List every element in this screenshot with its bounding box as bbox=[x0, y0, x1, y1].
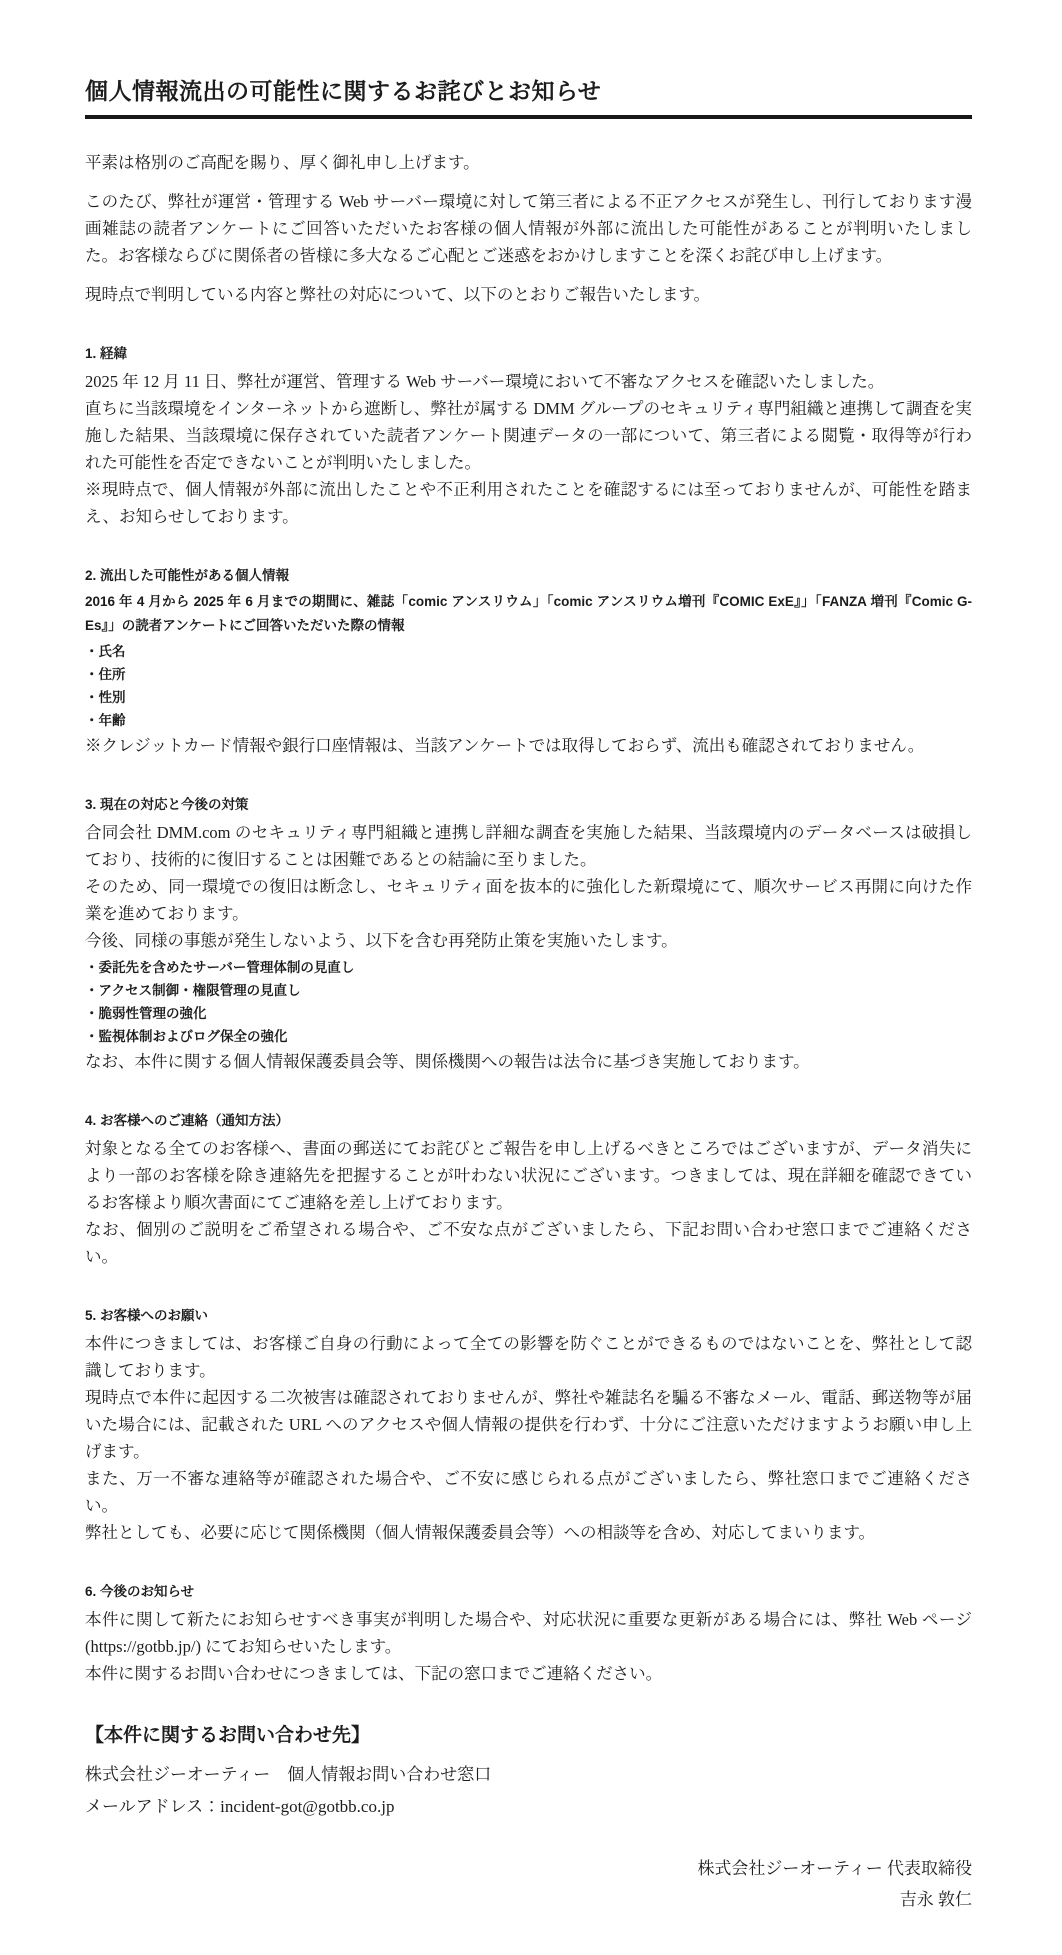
list-item: ・性別 bbox=[85, 686, 972, 709]
section-customer-request: 5. お客様へのお願い 本件につきましては、お客様ご自身の行動によって全ての影響… bbox=[85, 1305, 972, 1546]
contact-heading: 【本件に関するお問い合わせ先】 bbox=[85, 1723, 972, 1749]
list-item: ・年齢 bbox=[85, 709, 972, 732]
contact-block: 【本件に関するお問い合わせ先】 株式会社ジーオーティー 個人情報お問い合わせ窓口… bbox=[85, 1723, 972, 1823]
section-customer-notice: 4. お客様へのご連絡（通知方法） 対象となる全てのお客様へ、書面の郵送にてお詫… bbox=[85, 1110, 972, 1270]
list-item: ・住所 bbox=[85, 663, 972, 686]
section-countermeasures-paragraph: 今後、同様の事態が発生しないよう、以下を含む再発防止策を実施いたします。 bbox=[85, 927, 972, 954]
lead-paragraph: 現時点で判明している内容と弊社の対応について、以下のとおりご報告いたします。 bbox=[85, 281, 972, 308]
page-title: 個人情報流出の可能性に関するお詫びとお知らせ bbox=[85, 76, 972, 119]
section-future-updates-heading: 6. 今後のお知らせ bbox=[85, 1581, 972, 1603]
section-countermeasures-heading: 3. 現在の対応と今後の対策 bbox=[85, 794, 972, 816]
contact-organization: 株式会社ジーオーティー 個人情報お問い合わせ窓口 bbox=[85, 1759, 972, 1791]
section-future-updates: 6. 今後のお知らせ 本件に関して新たにお知らせすべき事実が判明した場合や、対応… bbox=[85, 1581, 972, 1687]
list-item: ・氏名 bbox=[85, 640, 972, 663]
section-customer-request-paragraph: 現時点で本件に起因する二次被害は確認されておりませんが、弊社や雑誌名を騙る不審な… bbox=[85, 1384, 972, 1465]
section-history-heading: 1. 経緯 bbox=[85, 343, 972, 365]
section-leaked-info: 2. 流出した可能性がある個人情報 2016 年 4 月から 2025 年 6 … bbox=[85, 565, 972, 759]
section-leaked-info-intro: 2016 年 4 月から 2025 年 6 月までの期間に、雑誌「comic ア… bbox=[85, 590, 972, 638]
list-item: ・脆弱性管理の強化 bbox=[85, 1002, 972, 1025]
greeting-paragraph: 平素は格別のご高配を賜り、厚く御礼申し上げます。 bbox=[85, 149, 972, 176]
section-leaked-info-note: ※クレジットカード情報や銀行口座情報は、当該アンケートでは取得しておらず、流出も… bbox=[85, 732, 972, 759]
signature-company-title: 株式会社ジーオーティー 代表取締役 bbox=[85, 1853, 972, 1884]
section-customer-request-paragraph: 弊社としても、必要に応じて関係機関（個人情報保護委員会等）への相談等を含め、対応… bbox=[85, 1519, 972, 1546]
section-customer-request-paragraph: 本件につきましては、お客様ご自身の行動によって全ての影響を防ぐことができるもので… bbox=[85, 1330, 972, 1384]
contact-email: メールアドレス：incident-got@gotbb.co.jp bbox=[85, 1791, 972, 1823]
signature-block: 株式会社ジーオーティー 代表取締役 吉永 敦仁 bbox=[85, 1853, 972, 1915]
section-customer-request-paragraph: また、万一不審な連絡等が確認された場合や、ご不安に感じられる点がございましたら、… bbox=[85, 1465, 972, 1519]
section-history-paragraph: 2025 年 12 月 11 日、弊社が運営、管理する Web サーバー環境にお… bbox=[85, 368, 972, 395]
list-item: ・アクセス制御・権限管理の見直し bbox=[85, 979, 972, 1002]
section-history-paragraph: ※現時点で、個人情報が外部に流出したことや不正利用されたことを確認するには至って… bbox=[85, 476, 972, 530]
countermeasures-list: ・委託先を含めたサーバー管理体制の見直し ・アクセス制御・権限管理の見直し ・脆… bbox=[85, 956, 972, 1048]
section-customer-notice-heading: 4. お客様へのご連絡（通知方法） bbox=[85, 1110, 972, 1132]
section-history: 1. 経緯 2025 年 12 月 11 日、弊社が運営、管理する Web サー… bbox=[85, 343, 972, 530]
document-page: 個人情報流出の可能性に関するお詫びとお知らせ 平素は格別のご高配を賜り、厚く御礼… bbox=[0, 0, 1062, 1955]
section-countermeasures: 3. 現在の対応と今後の対策 合同会社 DMM.com のセキュリティ専門組織と… bbox=[85, 794, 972, 1075]
section-future-updates-paragraph: 本件に関して新たにお知らせすべき事実が判明した場合や、対応状況に重要な更新がある… bbox=[85, 1606, 972, 1660]
section-countermeasures-note: なお、本件に関する個人情報保護委員会等、関係機関への報告は法令に基づき実施してお… bbox=[85, 1048, 972, 1075]
leaked-info-list: ・氏名 ・住所 ・性別 ・年齢 bbox=[85, 640, 972, 732]
section-customer-notice-paragraph: なお、個別のご説明をご希望される場合や、ご不安な点がございましたら、下記お問い合… bbox=[85, 1216, 972, 1270]
section-history-paragraph: 直ちに当該環境をインターネットから遮断し、弊社が属する DMM グループのセキュ… bbox=[85, 395, 972, 476]
section-leaked-info-heading: 2. 流出した可能性がある個人情報 bbox=[85, 565, 972, 587]
list-item: ・委託先を含めたサーバー管理体制の見直し bbox=[85, 956, 972, 979]
section-customer-request-heading: 5. お客様へのお願い bbox=[85, 1305, 972, 1327]
section-future-updates-paragraph: 本件に関するお問い合わせにつきましては、下記の窓口までご連絡ください。 bbox=[85, 1660, 972, 1687]
signature-name: 吉永 敦仁 bbox=[85, 1884, 972, 1915]
list-item: ・監視体制およびログ保全の強化 bbox=[85, 1025, 972, 1048]
section-countermeasures-paragraph: そのため、同一環境での復旧は断念し、セキュリティ面を抜本的に強化した新環境にて、… bbox=[85, 873, 972, 927]
section-countermeasures-paragraph: 合同会社 DMM.com のセキュリティ専門組織と連携し詳細な調査を実施した結果… bbox=[85, 819, 972, 873]
section-customer-notice-paragraph: 対象となる全てのお客様へ、書面の郵送にてお詫びとご報告を申し上げるべきところでは… bbox=[85, 1135, 972, 1216]
summary-paragraph: このたび、弊社が運営・管理する Web サーバー環境に対して第三者による不正アク… bbox=[85, 188, 972, 269]
